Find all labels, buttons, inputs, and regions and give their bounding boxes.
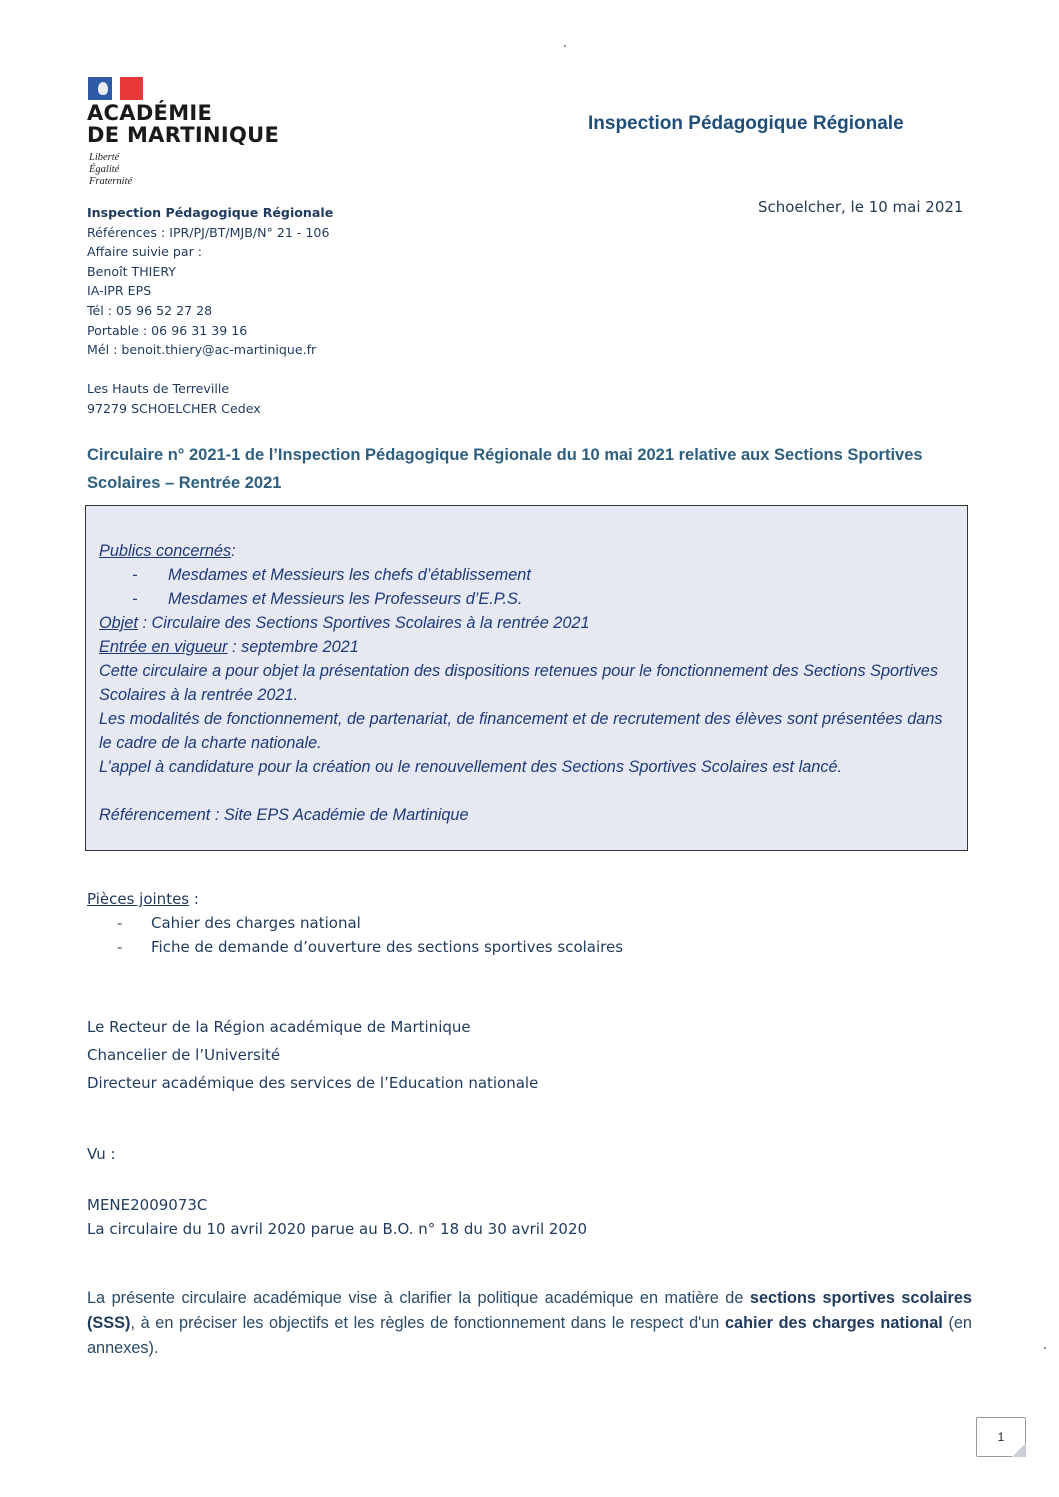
marianne-icon: [98, 82, 108, 95]
attachments-section: Pièces jointes : -Cahier des charges nat…: [87, 887, 623, 959]
intro-paragraph: La présente circulaire académique vise à…: [87, 1286, 972, 1361]
public-item-text: Mesdames et Messieurs les Professeurs d’…: [168, 590, 522, 608]
publics-heading: Publics concernés:: [99, 539, 957, 563]
academy-name-line1: ACADÉMIE: [87, 102, 279, 124]
intro-bold: cahier des charges national: [725, 1314, 943, 1332]
recteur-line: Le Recteur de la Région académique de Ma…: [87, 1013, 538, 1041]
motto-liberte: Liberté: [89, 152, 132, 164]
sender-role: IA-IPR EPS: [87, 281, 333, 301]
address-line2: 97279 SCHOELCHER Cedex: [87, 399, 261, 419]
vu-reference: La circulaire du 10 avril 2020 parue au …: [87, 1217, 587, 1241]
public-item: -Mesdames et Messieurs les chefs d’établ…: [99, 563, 957, 587]
summary-content: Publics concernés: -Mesdames et Messieur…: [99, 539, 957, 827]
summary-paragraph: Les modalités de fonctionnement, de part…: [99, 707, 957, 755]
motto-fraternite: Fraternité: [89, 176, 132, 188]
republic-motto: Liberté Égalité Fraternité: [89, 152, 132, 188]
page-curl-icon: [1012, 1443, 1026, 1457]
dash-bullet: -: [117, 935, 151, 959]
flag-red-band: [120, 77, 143, 100]
document-date: Schoelcher, le 10 mai 2021: [758, 198, 963, 216]
attachments-suffix: :: [189, 890, 199, 908]
summary-paragraph: Cette circulaire a pour objet la présent…: [99, 659, 957, 707]
vigueur-label: Entrée en vigueur: [99, 638, 228, 656]
dash-bullet: -: [132, 587, 168, 611]
sender-suivi-label: Affaire suivie par :: [87, 242, 333, 262]
header-title: Inspection Pédagogique Régionale: [588, 113, 904, 135]
flag-blue-band: [88, 77, 112, 100]
spacer: [99, 779, 957, 803]
french-republic-flag-logo: [88, 77, 143, 100]
summary-paragraph: L’appel à candidature pour la création o…: [99, 755, 957, 779]
sender-tel: Tél : 05 96 52 27 28: [87, 301, 333, 321]
page-number: 1: [976, 1417, 1026, 1457]
motto-egalite: Égalité: [89, 164, 132, 176]
attachment-item: -Fiche de demande d’ouverture des sectio…: [87, 935, 623, 959]
sender-references: Références : IPR/PJ/BT/MJB/N° 21 - 106: [87, 223, 333, 243]
recteur-line: Directeur académique des services de l’E…: [87, 1069, 538, 1097]
circulaire-title: Circulaire n° 2021-1 de l’Inspection Péd…: [87, 441, 967, 497]
intro-text: , à en préciser les objectifs et les règ…: [130, 1314, 725, 1332]
publics-label: Publics concernés: [99, 542, 231, 560]
sender-email: Mél : benoit.thiery@ac-martinique.fr: [87, 340, 333, 360]
sender-name: Benoît THIERY: [87, 262, 333, 282]
objet-value: : Circulaire des Sections Sportives Scol…: [138, 614, 590, 632]
vu-reference: MENE2009073C: [87, 1193, 587, 1217]
objet-line: Objet : Circulaire des Sections Sportive…: [99, 611, 957, 635]
publics-suffix: :: [231, 542, 236, 560]
summary-box: Publics concernés: -Mesdames et Messieur…: [85, 505, 968, 851]
attachment-text: Cahier des charges national: [151, 914, 361, 932]
flag-white-band: [112, 77, 120, 100]
vu-label: Vu :: [87, 1145, 116, 1163]
dash-bullet: -: [117, 911, 151, 935]
dash-bullet: -: [132, 563, 168, 587]
objet-label: Objet: [99, 614, 138, 632]
public-item-text: Mesdames et Messieurs les chefs d’établi…: [168, 566, 531, 584]
attachment-item: -Cahier des charges national: [87, 911, 623, 935]
scan-speck: [564, 45, 566, 47]
attachments-heading: Pièces jointes :: [87, 887, 623, 911]
vigueur-line: Entrée en vigueur : septembre 2021: [99, 635, 957, 659]
intro-text: La présente circulaire académique vise à…: [87, 1289, 750, 1307]
sender-service: Inspection Pédagogique Régionale: [87, 203, 333, 223]
public-item: -Mesdames et Messieurs les Professeurs d…: [99, 587, 957, 611]
recteur-block: Le Recteur de la Région académique de Ma…: [87, 1013, 538, 1097]
recteur-line: Chancelier de l’Université: [87, 1041, 538, 1069]
scan-speck: [1044, 1347, 1046, 1349]
vu-references: MENE2009073C La circulaire du 10 avril 2…: [87, 1193, 587, 1241]
page-number-text: 1: [998, 1430, 1005, 1444]
academy-name-line2: DE MARTINIQUE: [87, 124, 279, 146]
academy-name: ACADÉMIE DE MARTINIQUE: [87, 102, 279, 146]
sender-portable: Portable : 06 96 31 39 16: [87, 321, 333, 341]
attachments-label: Pièces jointes: [87, 890, 189, 908]
referencement: Référencement : Site EPS Académie de Mar…: [99, 803, 957, 827]
vigueur-value: : septembre 2021: [228, 638, 359, 656]
sender-block: Inspection Pédagogique Régionale Référen…: [87, 203, 333, 360]
address-line1: Les Hauts de Terreville: [87, 379, 261, 399]
attachment-text: Fiche de demande d’ouverture des section…: [151, 938, 623, 956]
sender-address: Les Hauts de Terreville 97279 SCHOELCHER…: [87, 379, 261, 418]
